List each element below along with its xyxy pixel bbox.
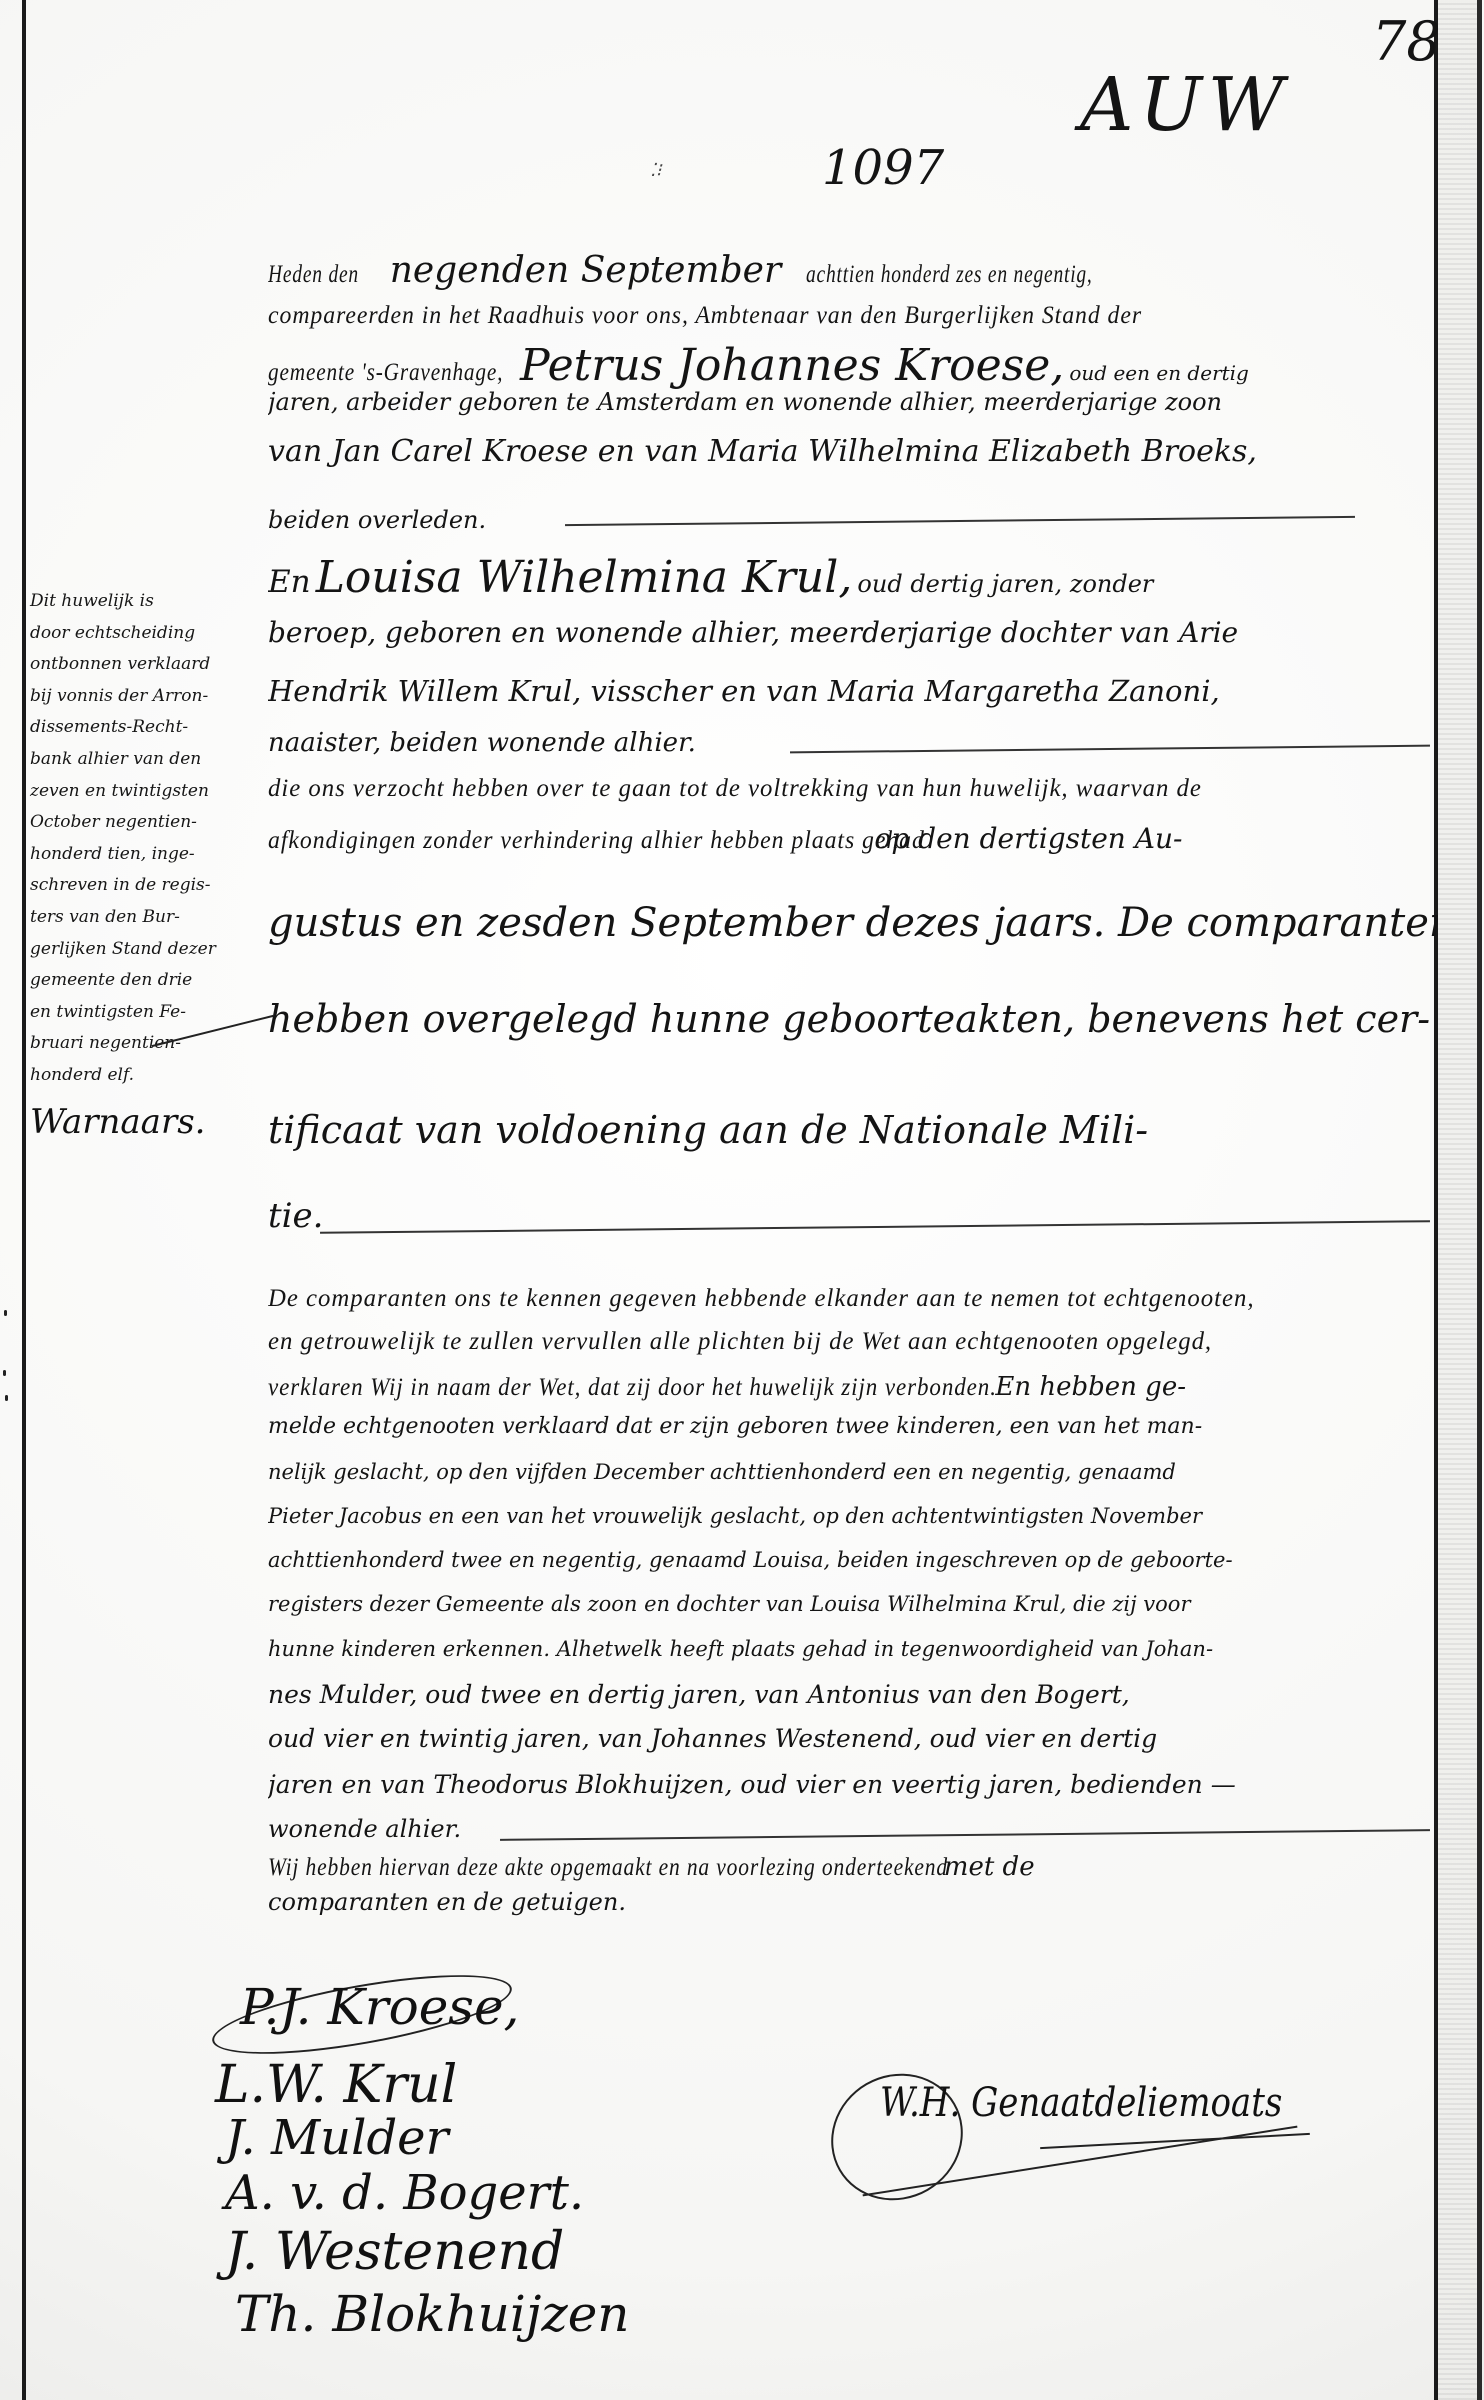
body-line-18: en getrouwelijk te zullen vervullen alle…	[268, 1328, 1438, 1356]
groom-name: Petrus Johannes Kroese,	[520, 340, 1064, 391]
printed-text: afkondigingen zonder verhindering alhier…	[268, 827, 925, 855]
bride-name: Louisa Wilhelmina Krul,	[316, 552, 853, 603]
body-line-26: nes Mulder, oud twee en dertig jaren, va…	[268, 1680, 1438, 1709]
margin-note-line: schreven in de regis-	[30, 870, 270, 902]
body-line-15: tificaat van voldoening aan de Nationale…	[268, 1108, 1438, 1152]
printed-text: verklaren Wij in naam der Wet, dat zij d…	[268, 1374, 997, 1402]
body-line-21: nelijk geslacht, op den vijfden December…	[268, 1460, 1438, 1484]
printed-text: compareerden in het Raadhuis voor ons, A…	[268, 302, 1142, 330]
body-line-27: oud vier en twintig jaren, van Johannes …	[268, 1724, 1438, 1753]
registrar-initials: AUW	[1080, 62, 1290, 148]
signature-witness-3: J. Westenend	[225, 2222, 564, 2282]
printed-text: De comparanten ons te kennen gegeven heb…	[268, 1285, 1255, 1313]
body-line-23: achttienhonderd twee en negentig, genaam…	[268, 1548, 1438, 1572]
left-margin-rule	[22, 0, 26, 2400]
margin-note-line: gerlijken Stand dezer	[30, 934, 270, 966]
body-line-1: Heden den negenden September achttien ho…	[268, 250, 1438, 291]
signature-flourish	[808, 2050, 986, 2224]
body-line-25: hunne kinderen erkennen. Alhetwelk heeft…	[268, 1637, 1438, 1661]
body-line-14: hebben overgelegd hunne geboorteakten, b…	[268, 997, 1438, 1041]
body-line-30: Wij hebben hiervan deze akte opgemaakt e…	[268, 1852, 1438, 1882]
handwritten-text: met de	[944, 1852, 1035, 1882]
signature-registrar: W.H. Genaatdeliemoats	[880, 2080, 1282, 2126]
margin-note-line: honderd tien, inge-	[30, 839, 270, 871]
ink-specks: ⁚⁝	[650, 160, 661, 181]
margin-note-line: zeven en twintigsten	[30, 776, 270, 808]
body-line-29: wonende alhier.	[268, 1815, 1438, 1843]
printed-text: en getrouwelijk te zullen vervullen alle…	[268, 1328, 1212, 1356]
body-line-31: comparanten en de getuigen.	[268, 1888, 1438, 1916]
handwritten-text: En	[268, 564, 311, 600]
document-page: 78 AUW 1097 ⁚⁝ Heden den negenden Septem…	[0, 0, 1484, 2400]
ink-speck	[5, 1395, 8, 1401]
margin-note-line: honderd elf.	[30, 1060, 270, 1092]
signature-witness-4: Th. Blokhuijzen	[235, 2285, 630, 2343]
binding-edge	[1477, 0, 1482, 2400]
printed-text: achttien honderd zes en negentig,	[806, 261, 1093, 289]
ink-speck	[3, 1370, 6, 1376]
signature-witness-2: A. v. d. Bogert.	[225, 2165, 584, 2221]
printed-text: Wij hebben hiervan deze akte opgemaakt e…	[268, 1854, 948, 1882]
ink-speck	[4, 1310, 7, 1316]
printed-text: die ons verzocht hebben over te gaan tot…	[268, 775, 1202, 803]
body-line-2: compareerden in het Raadhuis voor ons, A…	[268, 302, 1438, 330]
body-line-8: beroep, geboren en wonende alhier, meerd…	[268, 616, 1438, 649]
margin-note-line: ters van den Bur-	[30, 902, 270, 934]
body-line-3: gemeente 's-Gravenhage, Petrus Johannes …	[268, 340, 1438, 391]
margin-note-line: dissements-Recht-	[30, 712, 270, 744]
body-line-12: afkondigingen zonder verhindering alhier…	[268, 822, 1438, 855]
handwritten-text: oud een en dertig	[1069, 361, 1249, 385]
body-line-7: En Louisa Wilhelmina Krul, oud dertig ja…	[268, 552, 1438, 603]
body-line-11: die ons verzocht hebben over te gaan tot…	[268, 775, 1438, 803]
body-line-4: jaren, arbeider geboren te Amsterdam en …	[268, 388, 1438, 416]
margin-note-line: gemeente den drie	[30, 965, 270, 997]
act-number: 1097	[822, 140, 944, 196]
handwritten-date: negenden September	[390, 250, 781, 291]
signature-bride: L.W. Krul	[215, 2055, 457, 2115]
page-edge-shade	[1438, 0, 1478, 2400]
margin-note-line: Dit huwelijk is	[30, 586, 270, 618]
body-line-17: De comparanten ons te kennen gegeven heb…	[268, 1285, 1438, 1313]
body-line-19: verklaren Wij in naam der Wet, dat zij d…	[268, 1372, 1438, 1402]
signature-groom: P.J. Kroese,	[240, 1978, 519, 2036]
margin-note-line: October negentien-	[30, 807, 270, 839]
margin-note-line: bij vonnis der Arron-	[30, 681, 270, 713]
margin-note-line: bruari negentien-	[30, 1028, 270, 1060]
handwritten-text: En hebben ge-	[995, 1372, 1186, 1402]
body-line-9: Hendrik Willem Krul, visscher en van Mar…	[268, 674, 1438, 708]
body-line-6: beiden overleden.	[268, 506, 1438, 534]
margin-note-line: ontbonnen verklaard	[30, 649, 270, 681]
margin-note-line: bank alhier van den	[30, 744, 270, 776]
signature-witness-1: J. Mulder	[225, 2110, 449, 2166]
handwritten-text: oud dertig jaren, zonder	[857, 570, 1153, 598]
body-line-10: naaister, beiden wonende alhier.	[268, 728, 1438, 758]
margin-annotation-divorce: Dit huwelijk is door echtscheiding ontbo…	[30, 586, 270, 1142]
body-line-28: jaren en van Theodorus Blokhuijzen, oud …	[268, 1770, 1438, 1799]
body-line-24: registers dezer Gemeente als zoon en doc…	[268, 1592, 1438, 1616]
printed-text: Heden den	[268, 261, 359, 289]
margin-note-line: door echtscheiding	[30, 618, 270, 650]
body-line-22: Pieter Jacobus en een van het vrouwelijk…	[268, 1504, 1438, 1528]
margin-note-signature: Warnaars.	[30, 1102, 270, 1142]
folio-number: 78	[1372, 10, 1441, 73]
body-line-20: melde echtgenooten verklaard dat er zijn…	[268, 1414, 1438, 1439]
printed-text: gemeente 's-Gravenhage,	[268, 359, 503, 387]
body-line-5: van Jan Carel Kroese en van Maria Wilhel…	[268, 434, 1438, 469]
body-line-13: gustus en zesden September dezes jaars. …	[268, 900, 1438, 946]
